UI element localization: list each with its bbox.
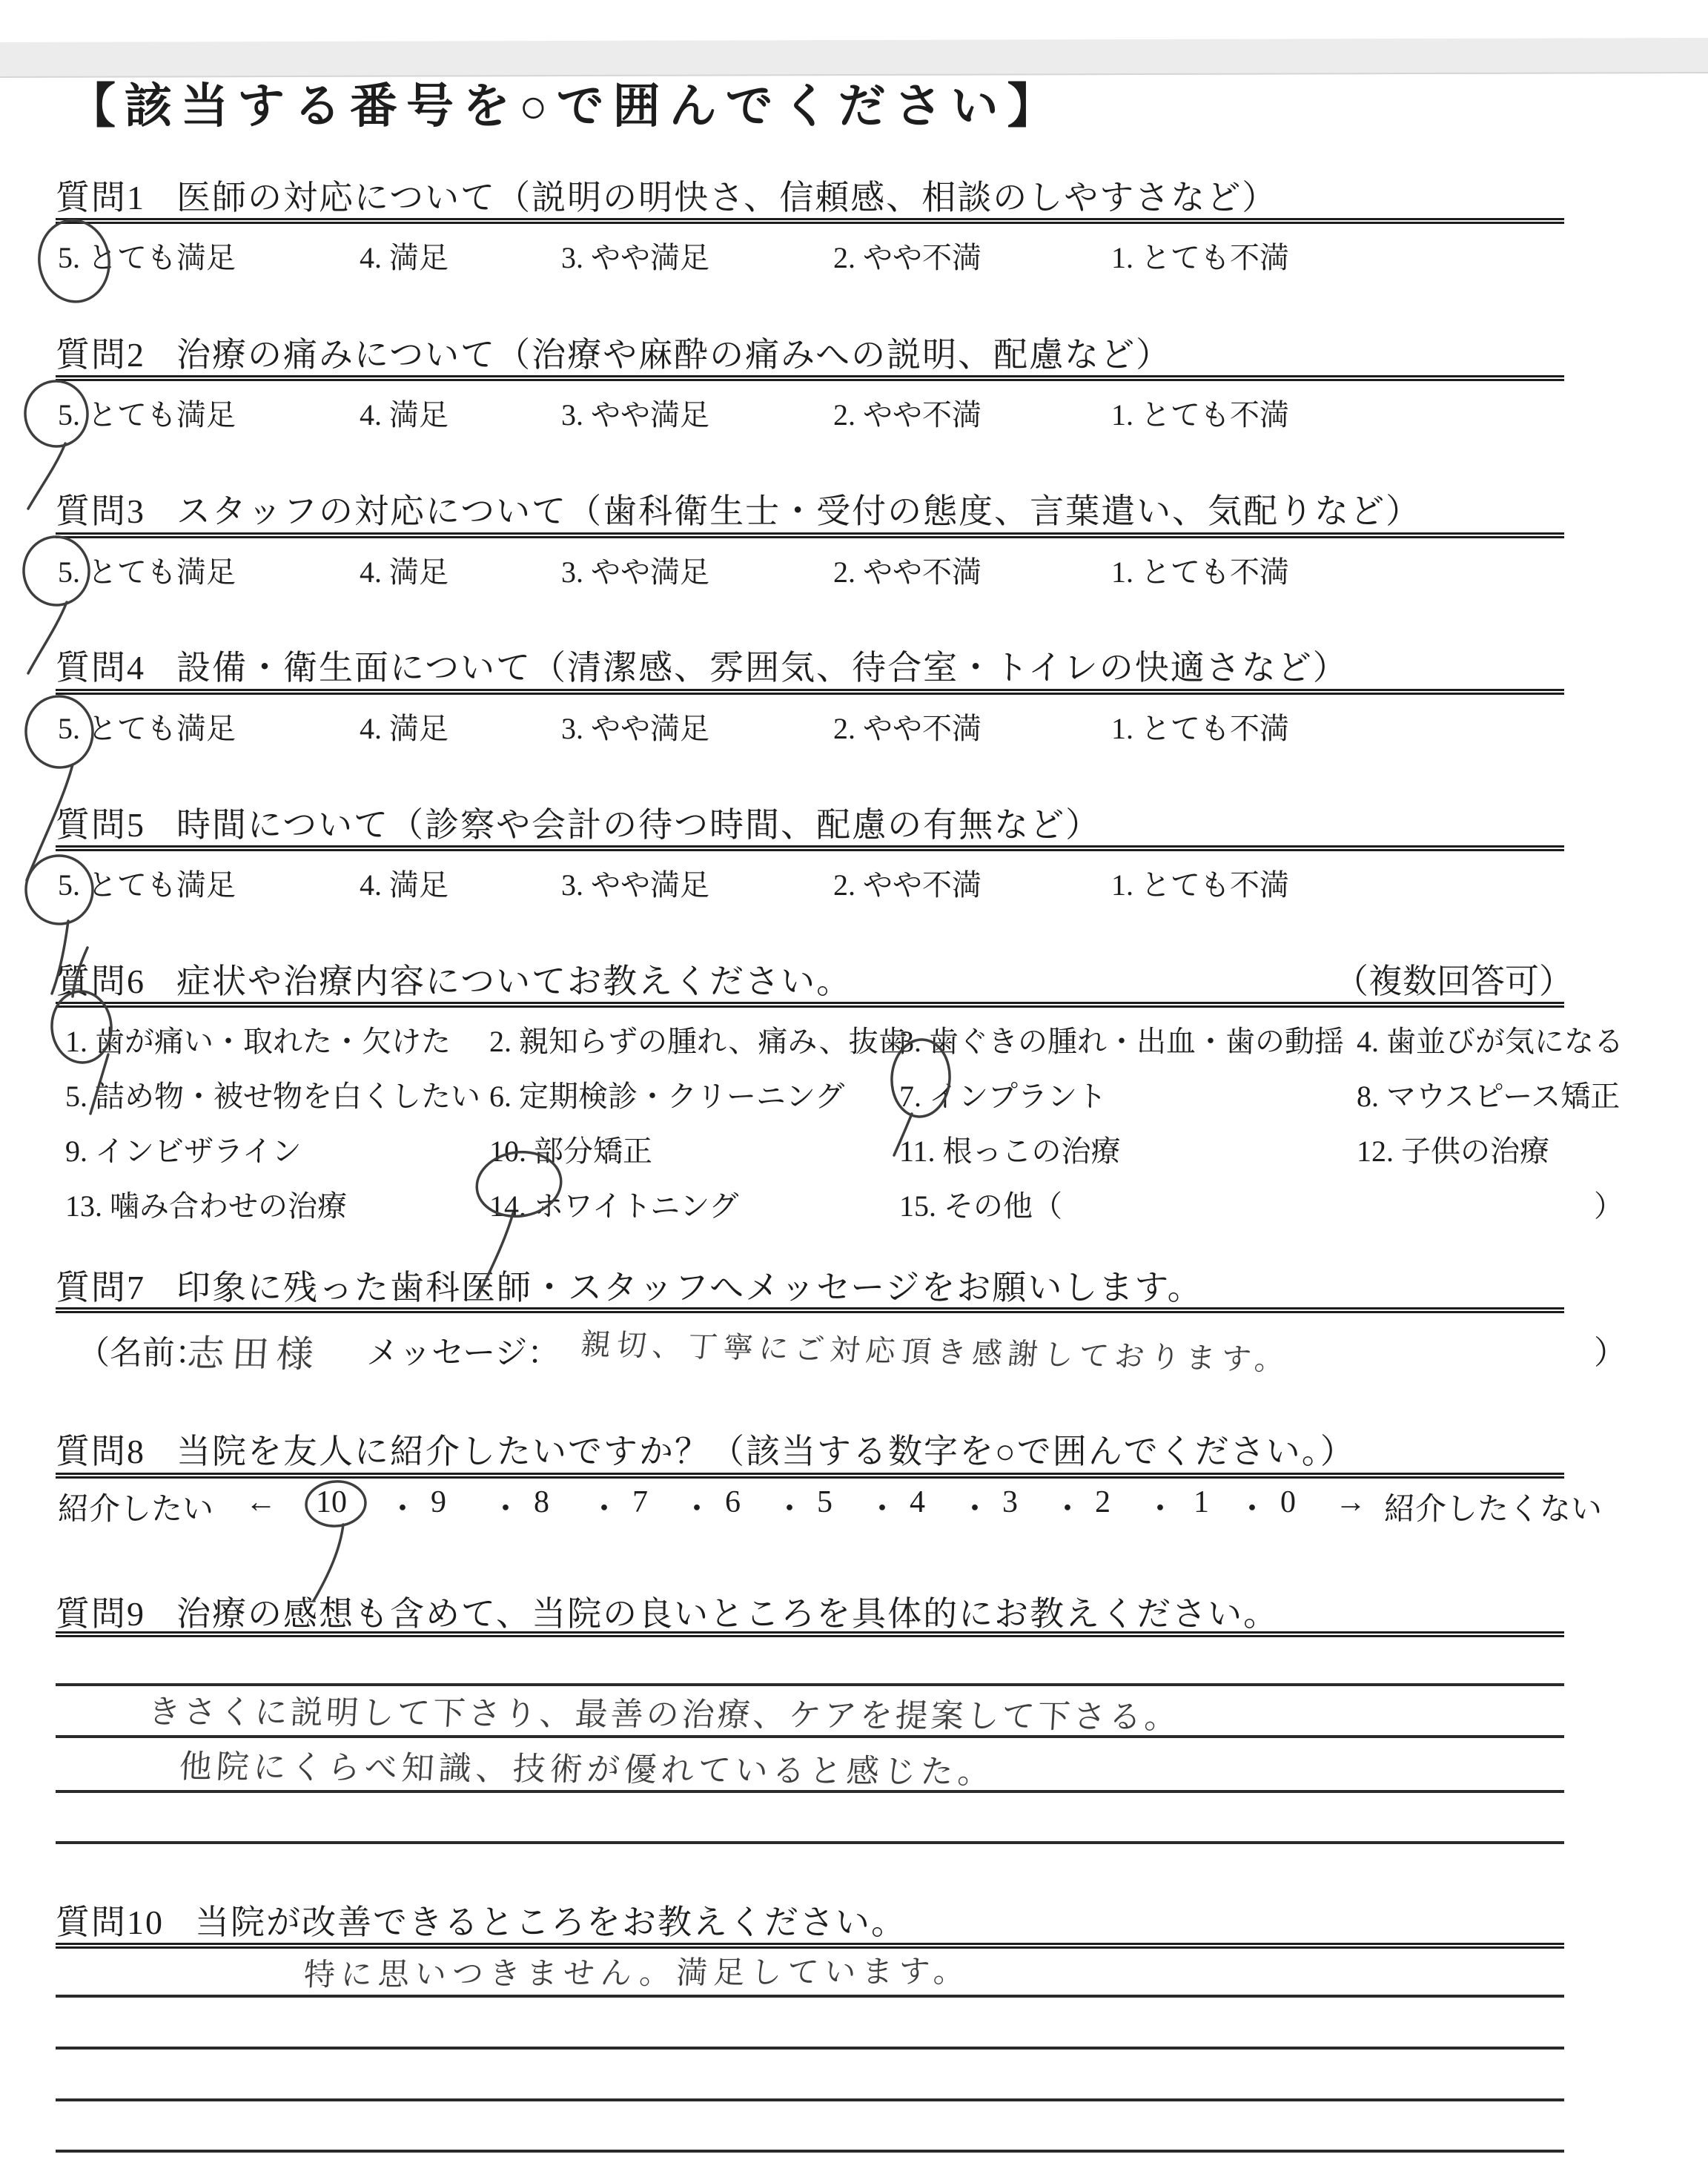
q9-handwritten-line-1: きさくに説明して下さり、最善の治療、ケアを提案して下さる。 [147, 1685, 1182, 1737]
q3-option-3: 3. やや満足 [561, 549, 709, 591]
q6-item-4: 4. 歯並びが気になる [1357, 1018, 1623, 1060]
q2-option-1: 1. とても不満 [1111, 392, 1289, 434]
question-8-label: 質問8 [56, 1424, 145, 1473]
q4-option-2: 2. やや不満 [833, 705, 982, 747]
q8-left-arrow-icon: ← [245, 1484, 277, 1520]
q3-option-2: 2. やや不満 [833, 549, 982, 591]
answer-line [56, 1841, 1564, 1844]
q6-item-13: 13. 噛み合わせの治療 [65, 1183, 347, 1225]
divider [56, 1002, 1564, 1008]
q8-left-label: 紹介したい [58, 1484, 213, 1529]
question-1-text: 医師の対応について（説明の明快さ、信頼感、相談のしやすさなど） [176, 179, 1277, 217]
q6-item-14: 14. ホワイトニング [489, 1183, 738, 1225]
question-10-title: 質問10当院が改善できるところをお教えください。 [56, 1895, 907, 1944]
q1-option-3: 3. やや満足 [561, 234, 709, 277]
q6-item-8: 8. マウスピース矯正 [1357, 1073, 1620, 1115]
q4-option-5: 5. とても満足 [58, 705, 236, 747]
q8-scale-7: 7 [632, 1484, 648, 1520]
q6-item-2: 2. 親知らずの腫れ、痛み、抜歯 [489, 1018, 908, 1060]
q1-option-5: 5. とても満足 [58, 234, 236, 277]
q10-handwritten-line-1: 特に思いつきません。満足しています。 [303, 1947, 972, 1995]
divider [56, 1307, 1564, 1313]
question-6-title: 質問6症状や治療内容についてお教えください。 [56, 954, 852, 1003]
question-1-label: 質問1 [56, 171, 145, 219]
q6-item-5: 5. 詰め物・被せ物を白くしたい [65, 1073, 480, 1115]
divider [56, 532, 1564, 538]
q6-item-6: 6. 定期検診・クリーニング [489, 1073, 844, 1115]
q8-dot: ・ [1145, 1484, 1176, 1529]
q5-option-2: 2. やや不満 [833, 862, 982, 904]
q5-option-5: 5. とても満足 [58, 862, 236, 904]
q2-option-5: 5. とても満足 [58, 392, 236, 434]
question-8-title: 質問8当院を友人に紹介したいですか？（該当する数字を○で囲んでください。） [56, 1424, 1356, 1473]
answer-line [56, 2150, 1564, 2153]
question-9-text: 治療の感想も含めて、当院の良いところを具体的にお教えください。 [176, 1595, 1279, 1633]
question-2-label: 質問2 [56, 328, 145, 377]
q8-dot: ・ [867, 1484, 898, 1529]
q6-item-1: 1. 歯が痛い・取れた・欠けた [65, 1018, 451, 1060]
q6-item-11: 11. 根っこの治療 [899, 1128, 1121, 1170]
q6-item-15: 15. その他（ [899, 1183, 1062, 1225]
q8-scale-1: 1 [1194, 1484, 1209, 1520]
q8-scale-0: 0 [1280, 1484, 1296, 1520]
q6-item-10: 10. 部分矯正 [489, 1128, 652, 1170]
question-5-text: 時間について（診察や会計の待つ時間、配慮の有無など） [176, 806, 1101, 844]
survey-page: 【該当する番号を○で囲んでください】 質問1医師の対応について（説明の明快さ、信… [0, 0, 1708, 2160]
q3-option-1: 1. とても不満 [1111, 549, 1289, 591]
q6-item-3: 3. 歯ぐきの腫れ・出血・歯の動揺 [899, 1018, 1344, 1060]
q3-option-4: 4. 満足 [360, 549, 448, 591]
question-5-label: 質問5 [56, 798, 145, 847]
q8-scale-10: 10 [316, 1484, 347, 1520]
q8-scale-6: 6 [725, 1484, 741, 1520]
question-9-label: 質問9 [56, 1587, 145, 1636]
question-1-title: 質問1医師の対応について（説明の明快さ、信頼感、相談のしやすさなど） [56, 171, 1277, 219]
q8-dot: ・ [774, 1484, 805, 1529]
q6-item-9: 9. インビザライン [65, 1128, 302, 1170]
question-8-text: 当院を友人に紹介したいですか？（該当する数字を○で囲んでください。） [176, 1433, 1356, 1470]
q8-right-arrow-icon: → [1335, 1484, 1366, 1520]
q9-handwritten-line-2: 他院にくらべ知識、技術が優れていると感じた。 [178, 1740, 996, 1793]
q8-dot: ・ [1237, 1484, 1268, 1529]
question-7-text: 印象に残った歯科医師・スタッフへメッセージをお願いします。 [176, 1269, 1203, 1307]
q1-option-2: 2. やや不満 [833, 234, 982, 277]
question-4-label: 質問4 [56, 641, 145, 690]
q5-option-1: 1. とても不満 [1111, 862, 1289, 904]
q7-close-paren: ） [1594, 1326, 1626, 1373]
question-3-title: 質問3スタッフの対応について（歯科衛生士・受付の態度、言葉遣い、気配りなど） [56, 484, 1421, 533]
q3-option-5: 5. とても満足 [58, 549, 236, 591]
question-5-title: 質問5時間について（診察や会計の待つ時間、配慮の有無など） [56, 798, 1101, 847]
q8-dot: ・ [490, 1484, 521, 1529]
q8-scale-9: 9 [431, 1484, 446, 1520]
divider [56, 375, 1564, 381]
q4-option-4: 4. 満足 [360, 705, 448, 747]
divider [56, 218, 1564, 224]
question-7-label: 質問7 [56, 1261, 145, 1309]
q7-message-label: メッセージ： [366, 1326, 560, 1373]
q8-dot: ・ [1052, 1484, 1083, 1529]
question-3-label: 質問3 [56, 484, 145, 533]
divider [56, 1473, 1564, 1479]
question-7-title: 質問7印象に残った歯科医師・スタッフへメッセージをお願いします。 [56, 1261, 1203, 1309]
q7-handwritten-name: 志田様 [186, 1324, 322, 1378]
question-4-title: 質問4設備・衛生面について（清潔感、雰囲気、待合室・トイレの快適さなど） [56, 641, 1348, 690]
question-2-text: 治療の痛みについて（治療や麻酔の痛みへの説明、配慮など） [176, 336, 1171, 374]
divider [56, 1631, 1564, 1637]
q5-option-4: 4. 満足 [360, 862, 448, 904]
q8-scale-4: 4 [910, 1484, 925, 1520]
question-3-text: スタッフの対応について（歯科衛生士・受付の態度、言葉遣い、気配りなど） [176, 492, 1421, 530]
q8-dot: ・ [589, 1484, 620, 1529]
q6-other-close-paren: ） [1594, 1183, 1623, 1225]
q6-item-7: 7. インプラント [899, 1073, 1107, 1115]
q1-option-1: 1. とても不満 [1111, 234, 1289, 277]
q8-dot: ・ [959, 1484, 990, 1529]
q8-scale-2: 2 [1095, 1484, 1110, 1520]
question-2-title: 質問2治療の痛みについて（治療や麻酔の痛みへの説明、配慮など） [56, 328, 1171, 377]
q7-handwritten-message: 親切、丁寧にご対応頂き感謝しております。 [579, 1321, 1292, 1379]
q8-dot: ・ [681, 1484, 712, 1529]
question-9-title: 質問9治療の感想も含めて、当院の良いところを具体的にお教えください。 [56, 1587, 1279, 1636]
q8-scale-8: 8 [534, 1484, 549, 1520]
divider [56, 689, 1564, 695]
answer-line [56, 2098, 1564, 2101]
q5-option-3: 3. やや満足 [561, 862, 709, 904]
page-title: 【該当する番号を○で囲んでください】 [68, 68, 1064, 136]
q2-option-3: 3. やや満足 [561, 392, 709, 434]
q2-option-4: 4. 満足 [360, 392, 448, 434]
question-10-label: 質問10 [56, 1895, 164, 1944]
q4-option-1: 1. とても不満 [1111, 705, 1289, 747]
question-6-text: 症状や治療内容についてお教えください。 [176, 962, 852, 1000]
question-4-text: 設備・衛生面について（清潔感、雰囲気、待合室・トイレの快適さなど） [176, 649, 1348, 687]
q4-option-3: 3. やや満足 [561, 705, 709, 747]
question-6-note: （複数回答可） [1334, 954, 1573, 1003]
answer-line [56, 1995, 1564, 1998]
q8-right-label: 紹介したくない [1384, 1484, 1602, 1529]
q2-option-2: 2. やや不満 [833, 392, 982, 434]
divider [56, 845, 1564, 851]
q8-dot: ・ [387, 1484, 418, 1529]
q1-option-4: 4. 満足 [360, 234, 448, 277]
q8-scale-5: 5 [817, 1484, 833, 1520]
answer-line [56, 2047, 1564, 2050]
question-6-label: 質問6 [56, 954, 145, 1003]
q6-item-12: 12. 子供の治療 [1357, 1128, 1549, 1170]
q8-scale-3: 3 [1002, 1484, 1018, 1520]
question-10-text: 当院が改善できるところをお教えください。 [195, 1903, 907, 1941]
